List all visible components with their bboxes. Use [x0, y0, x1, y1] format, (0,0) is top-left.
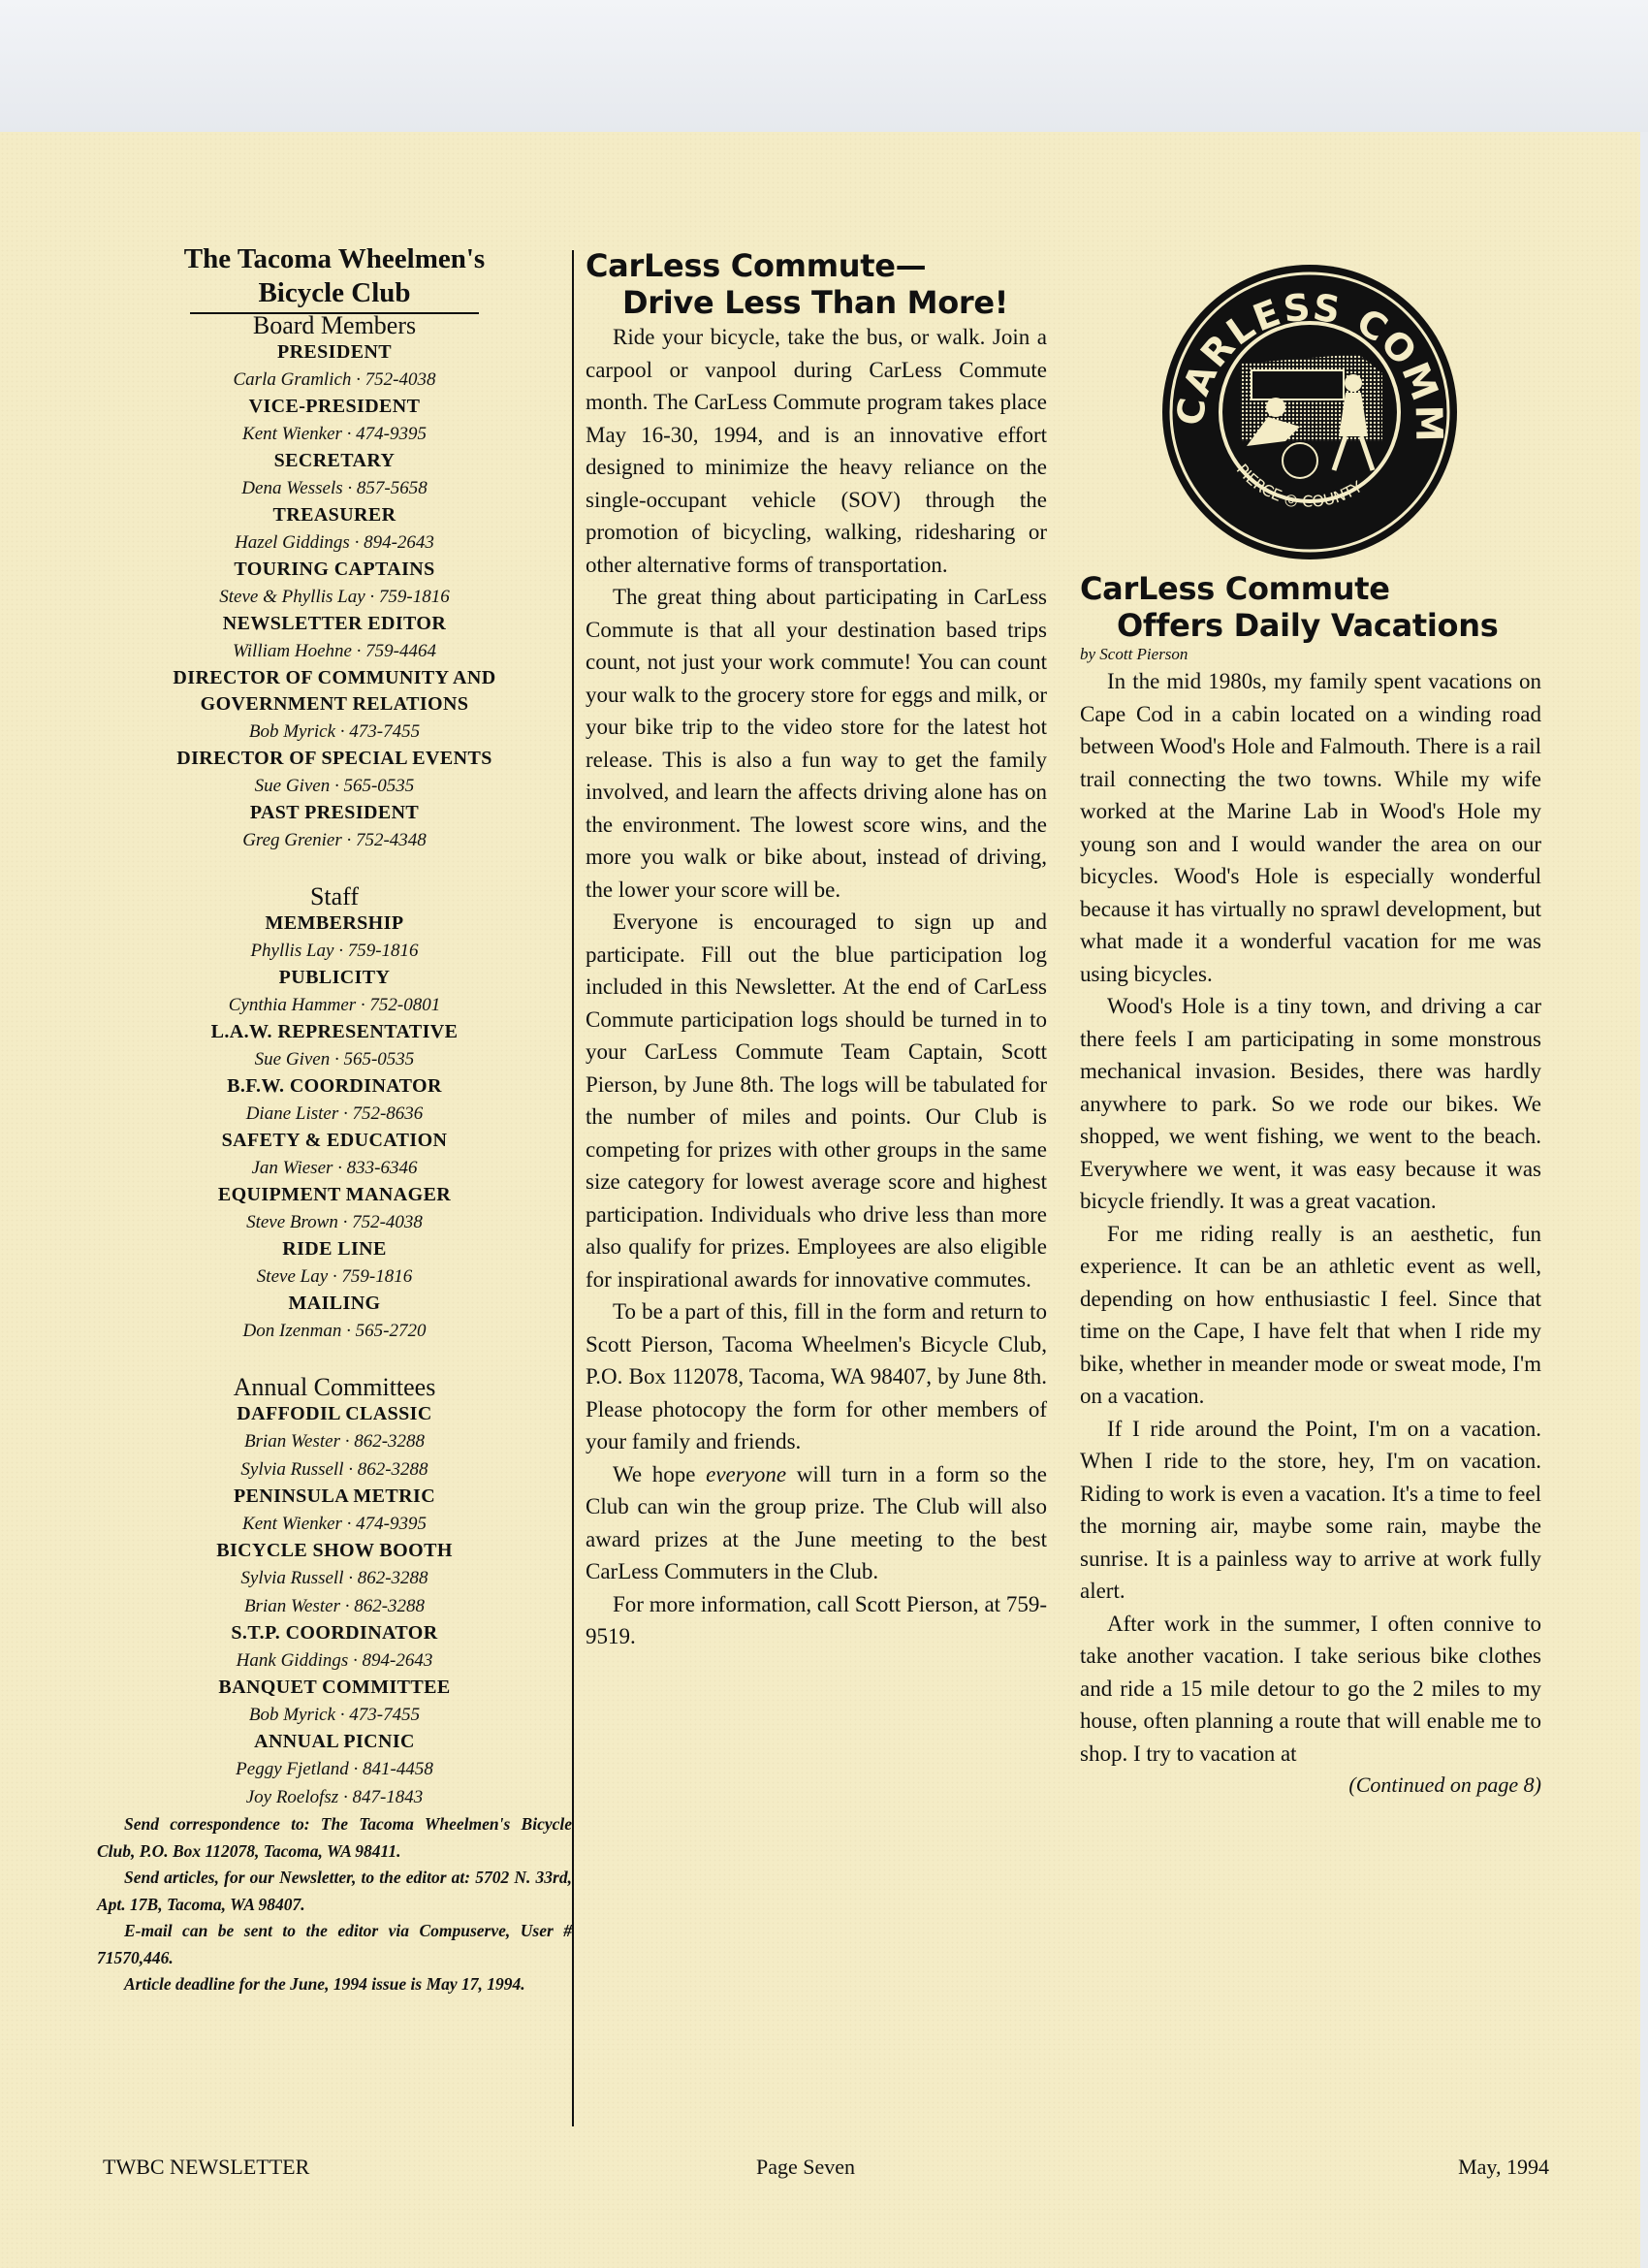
paragraph: Everyone is encouraged to sign up and pa…	[586, 906, 1047, 1295]
article-headline: CarLess Commute— Drive Less Than More!	[586, 247, 1047, 321]
headline-line2: Drive Less Than More!	[586, 284, 1047, 321]
contact: Phyllis Lay · 759-1816	[97, 937, 572, 965]
contact: Hazel Giddings · 894-2643	[97, 528, 572, 557]
paragraph: The great thing about participating in C…	[586, 581, 1047, 906]
article-daily-vacations: CARLESS COMMUTE PIERCE ◎ COUNTY CarLess …	[1080, 262, 1541, 1801]
role-safety-education: SAFETY & EDUCATION	[97, 1128, 572, 1154]
paragraph: If I ride around the Point, I'm on a vac…	[1080, 1413, 1541, 1608]
role-president: PRESIDENT	[97, 339, 572, 366]
committees-list: DAFFODIL CLASSIC Brian Wester · 862-3288…	[97, 1401, 572, 1811]
article-headline: CarLess Commute Offers Daily Vacations	[1080, 570, 1541, 644]
role-bfw-coordinator: B.F.W. COORDINATOR	[97, 1073, 572, 1100]
paragraph: To be a part of this, fill in the form a…	[586, 1295, 1047, 1458]
board-members-heading: Board Members	[97, 312, 572, 339]
contact: Joy Roelofsz · 847-1843	[97, 1783, 572, 1811]
role-stp-coordinator: S.T.P. COORDINATOR	[97, 1620, 572, 1646]
role-past-president: PAST PRESIDENT	[97, 800, 572, 826]
contact: Don Izenman · 565-2720	[97, 1317, 572, 1345]
contact: Sue Given · 565-0535	[97, 1045, 572, 1073]
contact: Diane Lister · 752-8636	[97, 1100, 572, 1128]
role-director-special-events: DIRECTOR OF SPECIAL EVENTS	[97, 746, 572, 772]
footer-newsletter-name: TWBC NEWSLETTER	[103, 2155, 309, 2180]
annual-committees-heading: Annual Committees	[97, 1374, 572, 1401]
role-touring-captains: TOURING CAPTAINS	[97, 557, 572, 583]
footer-date: May, 1994	[1458, 2155, 1549, 2180]
contact: Jan Wieser · 833-6346	[97, 1154, 572, 1182]
role-publicity: PUBLICITY	[97, 965, 572, 991]
paragraph: In the mid 1980s, my family spent vacati…	[1080, 665, 1541, 990]
board-list: PRESIDENT Carla Gramlich · 752-4038 VICE…	[97, 339, 572, 854]
contact: Bob Myrick · 473-7455	[97, 718, 572, 746]
contact: Steve Lay · 759-1816	[97, 1262, 572, 1291]
role-ride-line: RIDE LINE	[97, 1236, 572, 1262]
contact: Brian Wester · 862-3288	[97, 1592, 572, 1620]
contact: Brian Wester · 862-3288	[97, 1427, 572, 1455]
contact: Steve Brown · 752-4038	[97, 1208, 572, 1236]
club-title: The Tacoma Wheelmen's Bicycle Club	[97, 242, 572, 310]
paragraph: For more information, call Scott Pierson…	[586, 1588, 1047, 1653]
footer-page-number: Page Seven	[756, 2155, 855, 2180]
emphasis: everyone	[706, 1462, 786, 1486]
role-daffodil-classic: DAFFODIL CLASSIC	[97, 1401, 572, 1427]
paragraph: Wood's Hole is a tiny town, and driving …	[1080, 990, 1541, 1218]
scanner-background	[0, 0, 1648, 132]
contact: Bob Myrick · 473-7455	[97, 1701, 572, 1729]
contact: William Hoehne · 759-4464	[97, 637, 572, 665]
role-secretary: SECRETARY	[97, 448, 572, 474]
contact: Kent Wienker · 474-9395	[97, 420, 572, 448]
role-annual-picnic: ANNUAL PICNIC	[97, 1729, 572, 1755]
staff-list: MEMBERSHIP Phyllis Lay · 759-1816 PUBLIC…	[97, 910, 572, 1345]
role-membership: MEMBERSHIP	[97, 910, 572, 937]
contact: Sue Given · 565-0535	[97, 772, 572, 800]
article-body: Ride your bicycle, take the bus, or walk…	[586, 321, 1047, 1653]
continued-link: (Continued on page 8)	[1080, 1770, 1541, 1801]
article-drive-less: CarLess Commute— Drive Less Than More! R…	[586, 247, 1047, 1653]
role-mailing: MAILING	[97, 1291, 572, 1317]
article-body: In the mid 1980s, my family spent vacati…	[1080, 665, 1541, 1770]
contact: Hank Giddings · 894-2643	[97, 1646, 572, 1675]
contact: Peggy Fjetland · 841-4458	[97, 1755, 572, 1783]
headline-line1: CarLess Commute—	[586, 247, 926, 284]
role-director-community-government: DIRECTOR OF COMMUNITY AND GOVERNMENT REL…	[97, 665, 572, 718]
email-note: E-mail can be sent to the editor via Com…	[97, 1918, 572, 1971]
paragraph: We hope everyone will turn in a form so …	[586, 1458, 1047, 1588]
logo-icon: CARLESS COMMUTE PIERCE ◎ COUNTY	[1159, 262, 1460, 562]
role-treasurer: TREASURER	[97, 502, 572, 528]
contact: Dena Wessels · 857-5658	[97, 474, 572, 502]
staff-heading: Staff	[97, 883, 572, 910]
role-banquet-committee: BANQUET COMMITTEE	[97, 1675, 572, 1701]
contact: Sylvia Russell · 862-3288	[97, 1455, 572, 1484]
club-directory: The Tacoma Wheelmen's Bicycle Club Board…	[97, 242, 572, 1998]
role-equipment-manager: EQUIPMENT MANAGER	[97, 1182, 572, 1208]
articles-note: Send articles, for our Newsletter, to th…	[97, 1865, 572, 1918]
club-title-line2: Bicycle Club	[258, 277, 410, 308]
contact: Sylvia Russell · 862-3288	[97, 1564, 572, 1592]
role-bicycle-show-booth: BICYCLE SHOW BOOTH	[97, 1538, 572, 1564]
carless-commute-logo: CARLESS COMMUTE PIERCE ◎ COUNTY	[1159, 262, 1460, 562]
paragraph: For me riding really is an aesthetic, fu…	[1080, 1218, 1541, 1413]
role-law-representative: L.A.W. REPRESENTATIVE	[97, 1019, 572, 1045]
headline-line1: CarLess Commute	[1080, 570, 1390, 607]
role-newsletter-editor: NEWSLETTER EDITOR	[97, 611, 572, 637]
paragraph: Ride your bicycle, take the bus, or walk…	[586, 321, 1047, 581]
deadline-note: Article deadline for the June, 1994 issu…	[97, 1971, 572, 1998]
contact: Greg Grenier · 752-4348	[97, 826, 572, 854]
club-title-line1: The Tacoma Wheelmen's	[184, 243, 485, 274]
contact: Steve & Phyllis Lay · 759-1816	[97, 583, 572, 611]
text-run: We hope	[613, 1462, 706, 1486]
role-peninsula-metric: PENINSULA METRIC	[97, 1484, 572, 1510]
contact: Cynthia Hammer · 752-0801	[97, 991, 572, 1019]
club-notes: Send correspondence to: The Tacoma Wheel…	[97, 1811, 572, 1998]
byline: by Scott Pierson	[1080, 644, 1541, 665]
column-divider	[572, 250, 574, 2126]
paragraph: After work in the summer, I often conniv…	[1080, 1608, 1541, 1771]
correspondence-note: Send correspondence to: The Tacoma Wheel…	[97, 1811, 572, 1865]
contact: Kent Wienker · 474-9395	[97, 1510, 572, 1538]
role-vice-president: VICE-PRESIDENT	[97, 394, 572, 420]
headline-line2: Offers Daily Vacations	[1080, 607, 1541, 644]
contact: Carla Gramlich · 752-4038	[97, 366, 572, 394]
